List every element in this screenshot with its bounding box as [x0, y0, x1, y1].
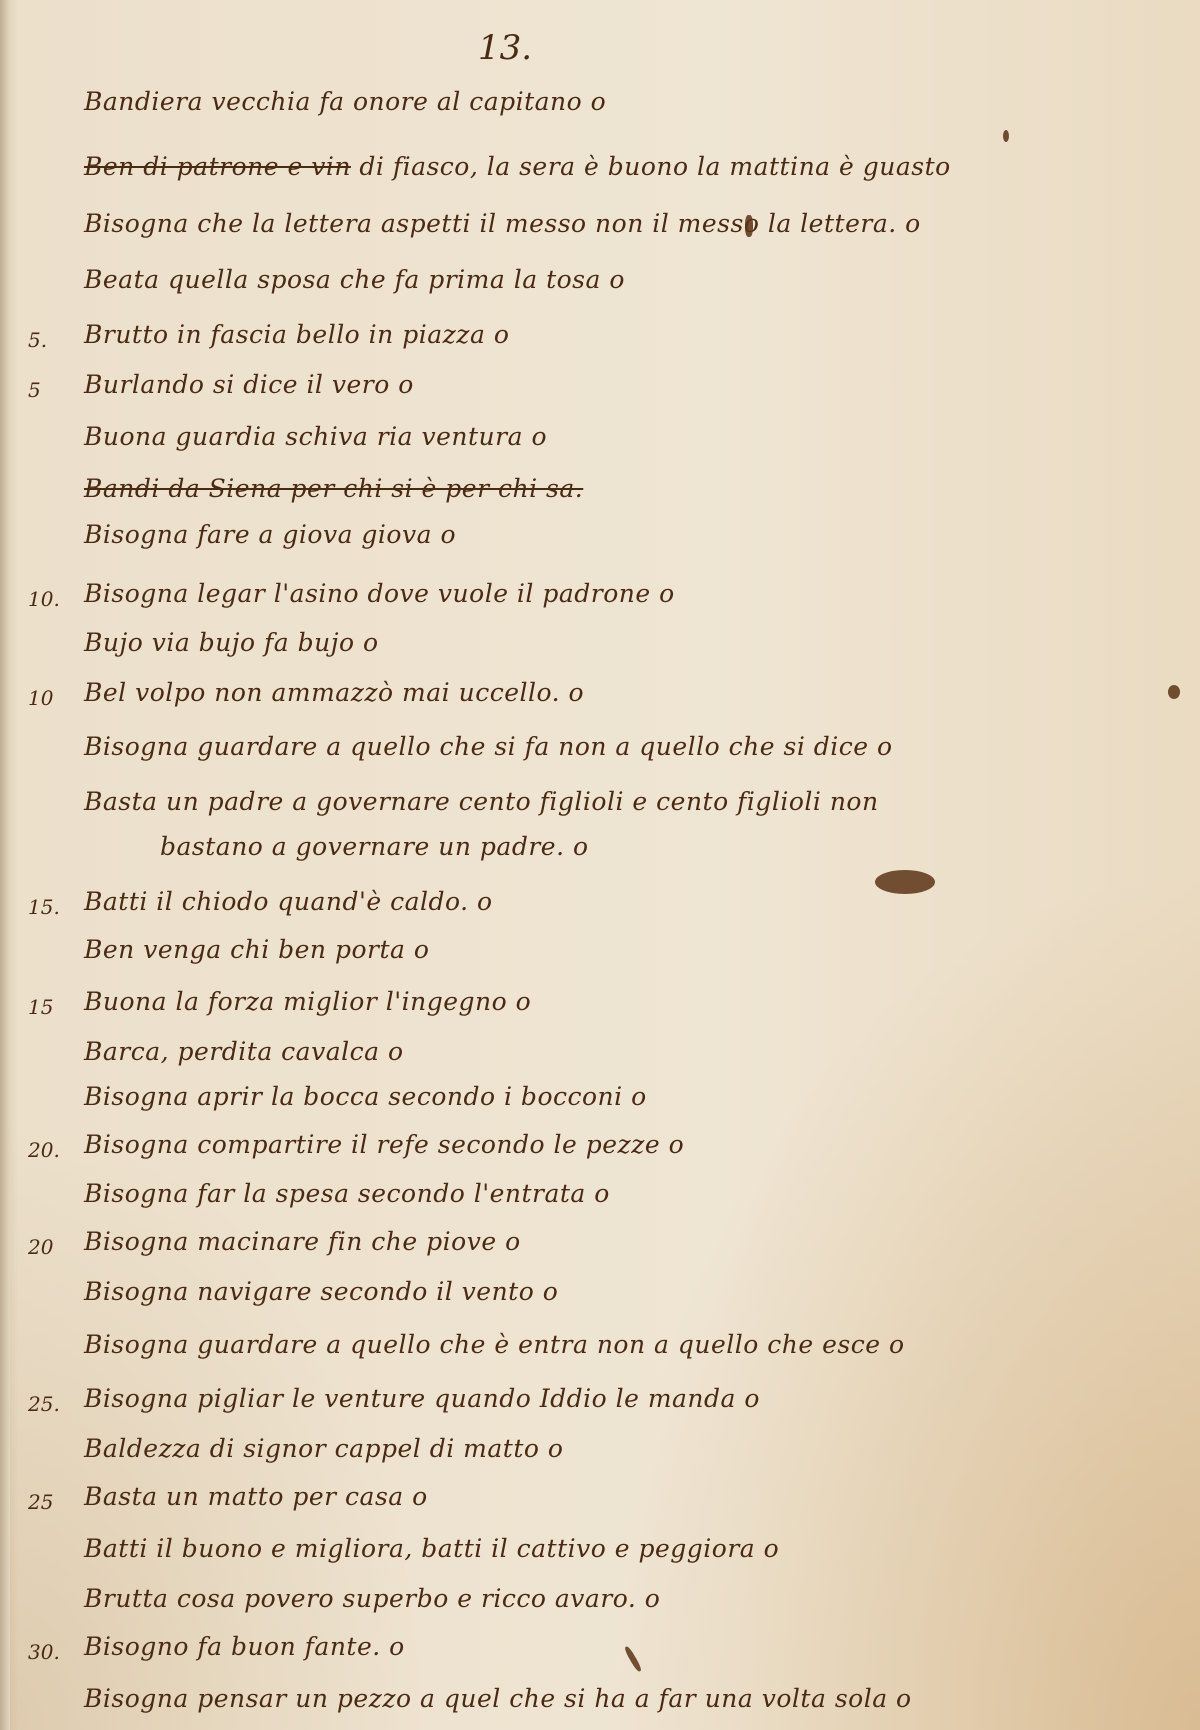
proverb-line: Batti il buono e migliora, batti il catt…: [84, 1534, 779, 1563]
proverb-text: Bisogna macinare fin che piove o: [84, 1227, 521, 1256]
proverb-line: Bisogna macinare fin che piove o: [84, 1227, 521, 1256]
proverb-text: Bisogna che la lettera aspetti il messo …: [84, 209, 921, 238]
proverb-text: Beata quella sposa che fa prima la tosa …: [84, 265, 625, 294]
ink-blot: [1003, 130, 1009, 142]
entry-number: 20: [28, 1235, 53, 1259]
proverb-text: Batti il buono e migliora, batti il catt…: [84, 1534, 779, 1563]
proverb-line: Bisogna guardare a quello che è entra no…: [84, 1330, 905, 1359]
proverb-text: bastano a governare un padre. o: [160, 832, 589, 861]
proverb-line: Bandi da Siena per chi si è per chi sa.: [84, 474, 583, 503]
proverb-line: Bisogna compartire il refe secondo le pe…: [84, 1130, 684, 1159]
proverb-line: Barca, perdita cavalca o: [84, 1037, 404, 1066]
proverb-line: Bisogna pensar un pezzo a quel che si ha…: [84, 1684, 912, 1713]
proverb-line: Buona guardia schiva ria ventura o: [84, 422, 547, 451]
proverb-line: Ben venga chi ben porta o: [84, 935, 429, 964]
proverb-line: Bisogna che la lettera aspetti il messo …: [84, 209, 921, 238]
entry-number: 20.: [28, 1138, 60, 1162]
proverb-text: Barca, perdita cavalca o: [84, 1037, 404, 1066]
proverb-line: Bisogna aprir la bocca secondo i bocconi…: [84, 1082, 647, 1111]
proverb-text: Burlando si dice il vero o: [84, 370, 414, 399]
proverb-line: Burlando si dice il vero o: [84, 370, 414, 399]
proverb-text: Bisogna aprir la bocca secondo i bocconi…: [84, 1082, 647, 1111]
proverb-text: Bandiera vecchia fa onore al capitano o: [84, 87, 606, 116]
proverb-line: Bandiera vecchia fa onore al capitano o: [84, 87, 606, 116]
entry-number: 5: [28, 378, 41, 402]
entry-number: 15: [28, 995, 53, 1019]
proverb-text: Bisogna compartire il refe secondo le pe…: [84, 1130, 684, 1159]
proverb-text: Bisogna fare a giova giova o: [84, 520, 456, 549]
entry-number: 10: [28, 686, 53, 710]
proverb-text: Batti il chiodo quand'è caldo. o: [84, 887, 493, 916]
proverb-line: Baldezza di signor cappel di matto o: [84, 1434, 563, 1463]
proverb-line: Ben di patrone e vin di fiasco, la sera …: [84, 152, 951, 181]
proverb-line: Bisogna legar l'asino dove vuole il padr…: [84, 579, 675, 608]
proverb-text: Bujo via bujo fa bujo o: [84, 628, 379, 657]
proverb-text: Baldezza di signor cappel di matto o: [84, 1434, 563, 1463]
proverb-text: Buona la forza miglior l'ingegno o: [84, 987, 531, 1016]
ink-blot: [875, 870, 935, 894]
proverb-text: Bel volpo non ammazzò mai uccello. o: [84, 678, 584, 707]
proverb-text: Ben venga chi ben porta o: [84, 935, 429, 964]
proverb-line: Bisogna fare a giova giova o: [84, 520, 456, 549]
binding-edge: [0, 0, 10, 1730]
entry-number: 25: [28, 1490, 53, 1514]
proverb-line: Basta un padre a governare cento figliol…: [84, 787, 879, 816]
struck-text: Bandi da Siena per chi si è per chi sa.: [84, 474, 583, 503]
proverb-line: Bujo via bujo fa bujo o: [84, 628, 379, 657]
proverb-line: Bisogna pigliar le venture quando Iddio …: [84, 1384, 760, 1413]
proverb-line: Batti il chiodo quand'è caldo. o: [84, 887, 493, 916]
proverb-line: Buona la forza miglior l'ingegno o: [84, 987, 531, 1016]
proverb-text: Bisogna navigare secondo il vento o: [84, 1277, 558, 1306]
entry-number: 30.: [28, 1640, 60, 1664]
proverb-text: Bisogna pensar un pezzo a quel che si ha…: [84, 1684, 912, 1713]
proverb-text: Basta un padre a governare cento figliol…: [84, 787, 879, 816]
proverb-text: Bisogno fa buon fante. o: [84, 1632, 405, 1661]
ink-blot: [745, 215, 753, 237]
proverb-line: bastano a governare un padre. o: [160, 832, 589, 861]
proverb-line: Bisogna guardare a quello che si fa non …: [84, 732, 893, 761]
proverb-text: di fiasco, la sera è buono la mattina è …: [359, 152, 950, 181]
proverb-line: Brutto in fascia bello in piazza o: [84, 320, 509, 349]
page-number: 13.: [478, 28, 532, 68]
proverb-text: Bisogna far la spesa secondo l'entrata o: [84, 1179, 610, 1208]
entry-number: 10.: [28, 587, 60, 611]
ink-blot: [623, 1645, 642, 1672]
entry-number: 5.: [28, 328, 47, 352]
proverb-line: Brutta cosa povero superbo e ricco avaro…: [84, 1584, 660, 1613]
manuscript-page: 13. Bandiera vecchia fa onore al capitan…: [0, 0, 1200, 1730]
proverb-line: Bisogno fa buon fante. o: [84, 1632, 405, 1661]
ink-blot: [1168, 685, 1180, 699]
entry-number: 15.: [28, 895, 60, 919]
proverb-text: Brutto in fascia bello in piazza o: [84, 320, 509, 349]
proverb-text: Basta un matto per casa o: [84, 1482, 428, 1511]
struck-text: Ben di patrone e vin: [84, 152, 351, 181]
proverb-text: Bisogna pigliar le venture quando Iddio …: [84, 1384, 760, 1413]
proverb-line: Beata quella sposa che fa prima la tosa …: [84, 265, 625, 294]
proverb-line: Bisogna far la spesa secondo l'entrata o: [84, 1179, 610, 1208]
proverb-line: Basta un matto per casa o: [84, 1482, 428, 1511]
proverb-text: Bisogna guardare a quello che è entra no…: [84, 1330, 905, 1359]
proverb-text: Bisogna legar l'asino dove vuole il padr…: [84, 579, 675, 608]
proverb-line: Bel volpo non ammazzò mai uccello. o: [84, 678, 584, 707]
entry-number: 25.: [28, 1392, 60, 1416]
proverb-text: Brutta cosa povero superbo e ricco avaro…: [84, 1584, 660, 1613]
proverb-text: Buona guardia schiva ria ventura o: [84, 422, 547, 451]
proverb-line: Bisogna navigare secondo il vento o: [84, 1277, 558, 1306]
proverb-text: Bisogna guardare a quello che si fa non …: [84, 732, 893, 761]
